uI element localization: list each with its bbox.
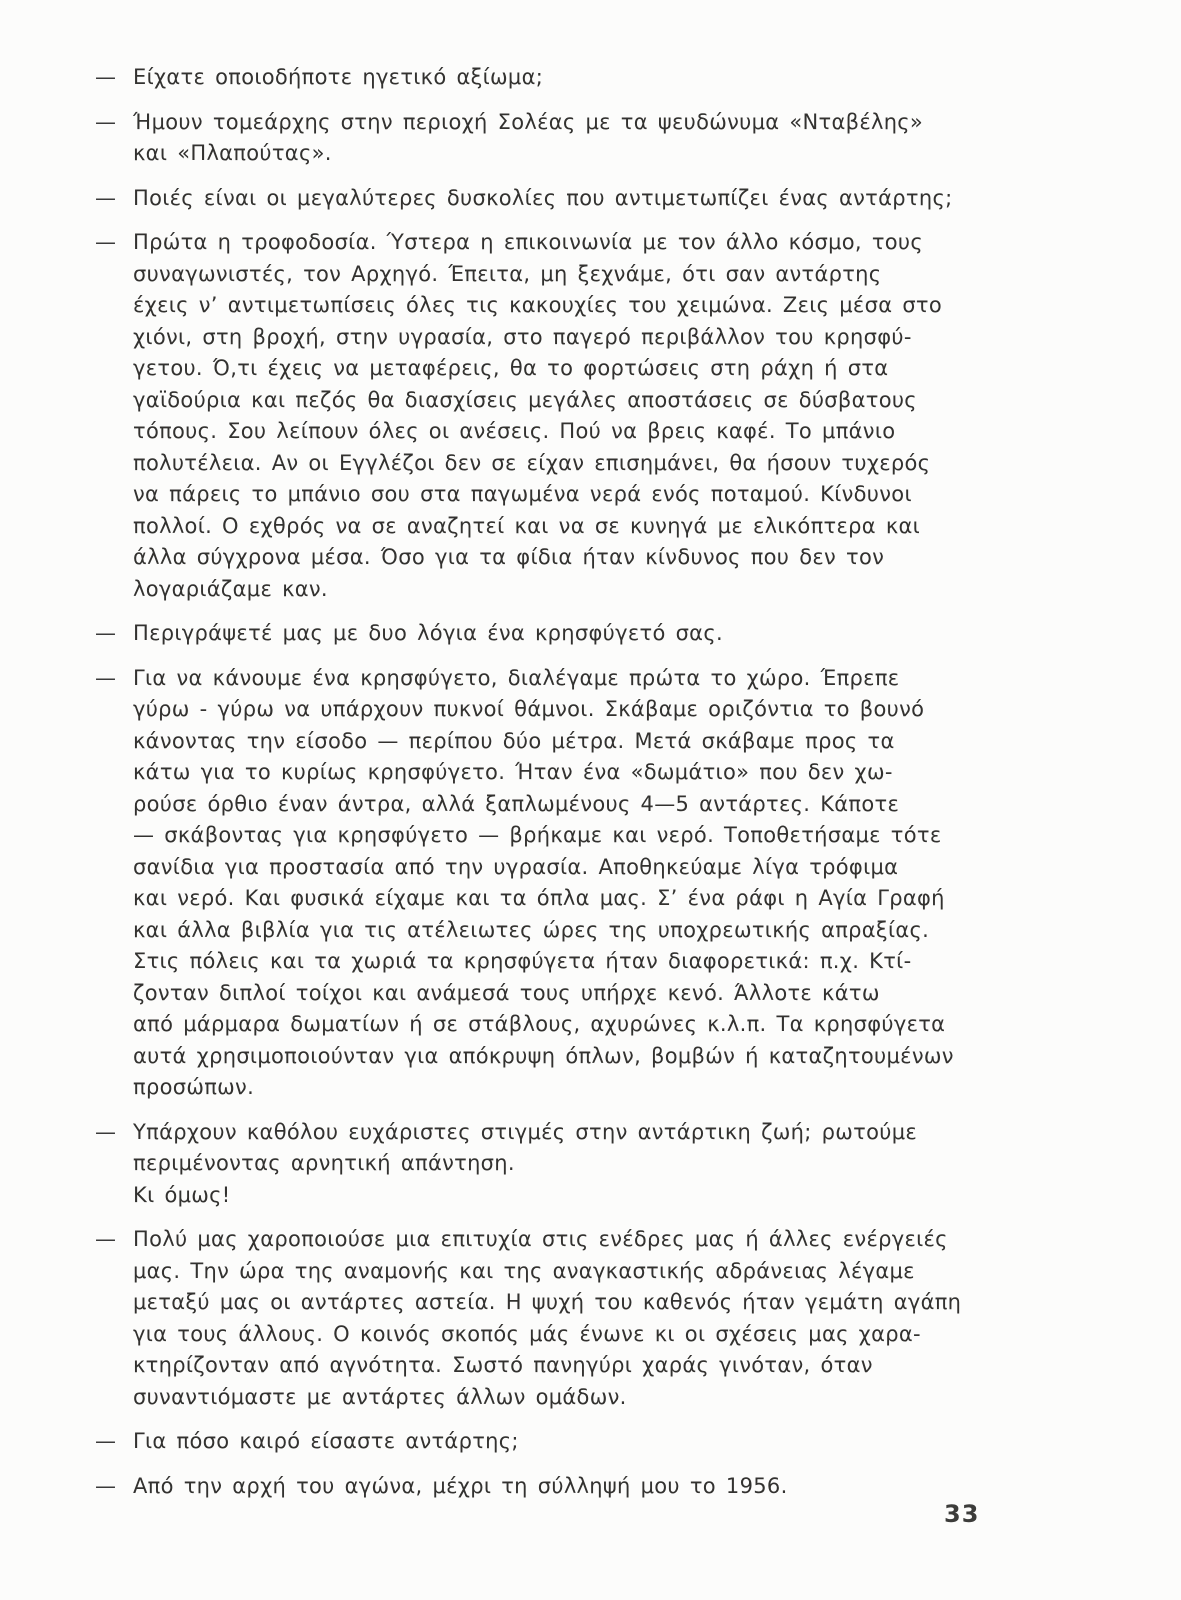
dash-marker: — bbox=[95, 62, 133, 94]
dialogue-item: — Πρώτα η τροφοδοσία. Ύστερα η επικοινων… bbox=[95, 227, 1123, 605]
dialogue-item: — Ήμουν τομεάρχης στην περιοχή Σολέας με… bbox=[95, 107, 1123, 170]
dialogue-item: — Για να κάνουμε ένα κρησφύγετο, διαλέγα… bbox=[95, 663, 1123, 1104]
dash-marker: — bbox=[95, 1117, 133, 1149]
dialogue-item: — Περιγράψετέ μας με δυο λόγια ένα κρησφ… bbox=[95, 618, 1123, 650]
scanned-book-page: — Είχατε οποιοδήποτε ηγετικό αξίωμα; — Ή… bbox=[0, 0, 1181, 1600]
dialogue-text: Για να κάνουμε ένα κρησφύγετο, διαλέγαμε… bbox=[133, 663, 1028, 1104]
dialogue-text: Υπάρχουν καθόλου ευχάριστες στιγμές στην… bbox=[133, 1117, 1028, 1212]
dash-marker: — bbox=[95, 227, 133, 259]
dialogue-item: — Για πόσο καιρό είσαστε αντάρτης; bbox=[95, 1426, 1123, 1458]
dash-marker: — bbox=[95, 663, 133, 695]
dialogue-text: Ήμουν τομεάρχης στην περιοχή Σολέας με τ… bbox=[133, 107, 1028, 170]
dialogue-item: — Είχατε οποιοδήποτε ηγετικό αξίωμα; bbox=[95, 62, 1123, 94]
dialogue-item: — Πολύ μας χαροποιούσε μια επιτυχία στις… bbox=[95, 1224, 1123, 1413]
dash-marker: — bbox=[95, 183, 133, 215]
dialogue-item: — Υπάρχουν καθόλου ευχάριστες στιγμές στ… bbox=[95, 1117, 1123, 1212]
dialogue-text: Από την αρχή του αγώνα, μέχρι τη σύλληψή… bbox=[133, 1471, 1028, 1503]
dash-marker: — bbox=[95, 1426, 133, 1458]
dash-marker: — bbox=[95, 1224, 133, 1256]
dash-marker: — bbox=[95, 107, 133, 139]
dash-marker: — bbox=[95, 618, 133, 650]
page-number: 33 bbox=[944, 1500, 979, 1528]
dialogue-text: Για πόσο καιρό είσαστε αντάρτης; bbox=[133, 1426, 1028, 1458]
dialogue-item: — Από την αρχή του αγώνα, μέχρι τη σύλλη… bbox=[95, 1471, 1123, 1503]
dash-marker: — bbox=[95, 1471, 133, 1503]
dialogue-text: Περιγράψετέ μας με δυο λόγια ένα κρησφύγ… bbox=[133, 618, 1028, 650]
dialogue-item: — Ποιές είναι οι μεγαλύτερες δυσκολίες π… bbox=[95, 183, 1123, 215]
dialogue-text: Πολύ μας χαροποιούσε μια επιτυχία στις ε… bbox=[133, 1224, 1028, 1413]
dialogue-text: Πρώτα η τροφοδοσία. Ύστερα η επικοινωνία… bbox=[133, 227, 1028, 605]
dialogue-text: Ποιές είναι οι μεγαλύτερες δυσκολίες που… bbox=[133, 183, 1028, 215]
dialogue-text: Είχατε οποιοδήποτε ηγετικό αξίωμα; bbox=[133, 62, 1028, 94]
